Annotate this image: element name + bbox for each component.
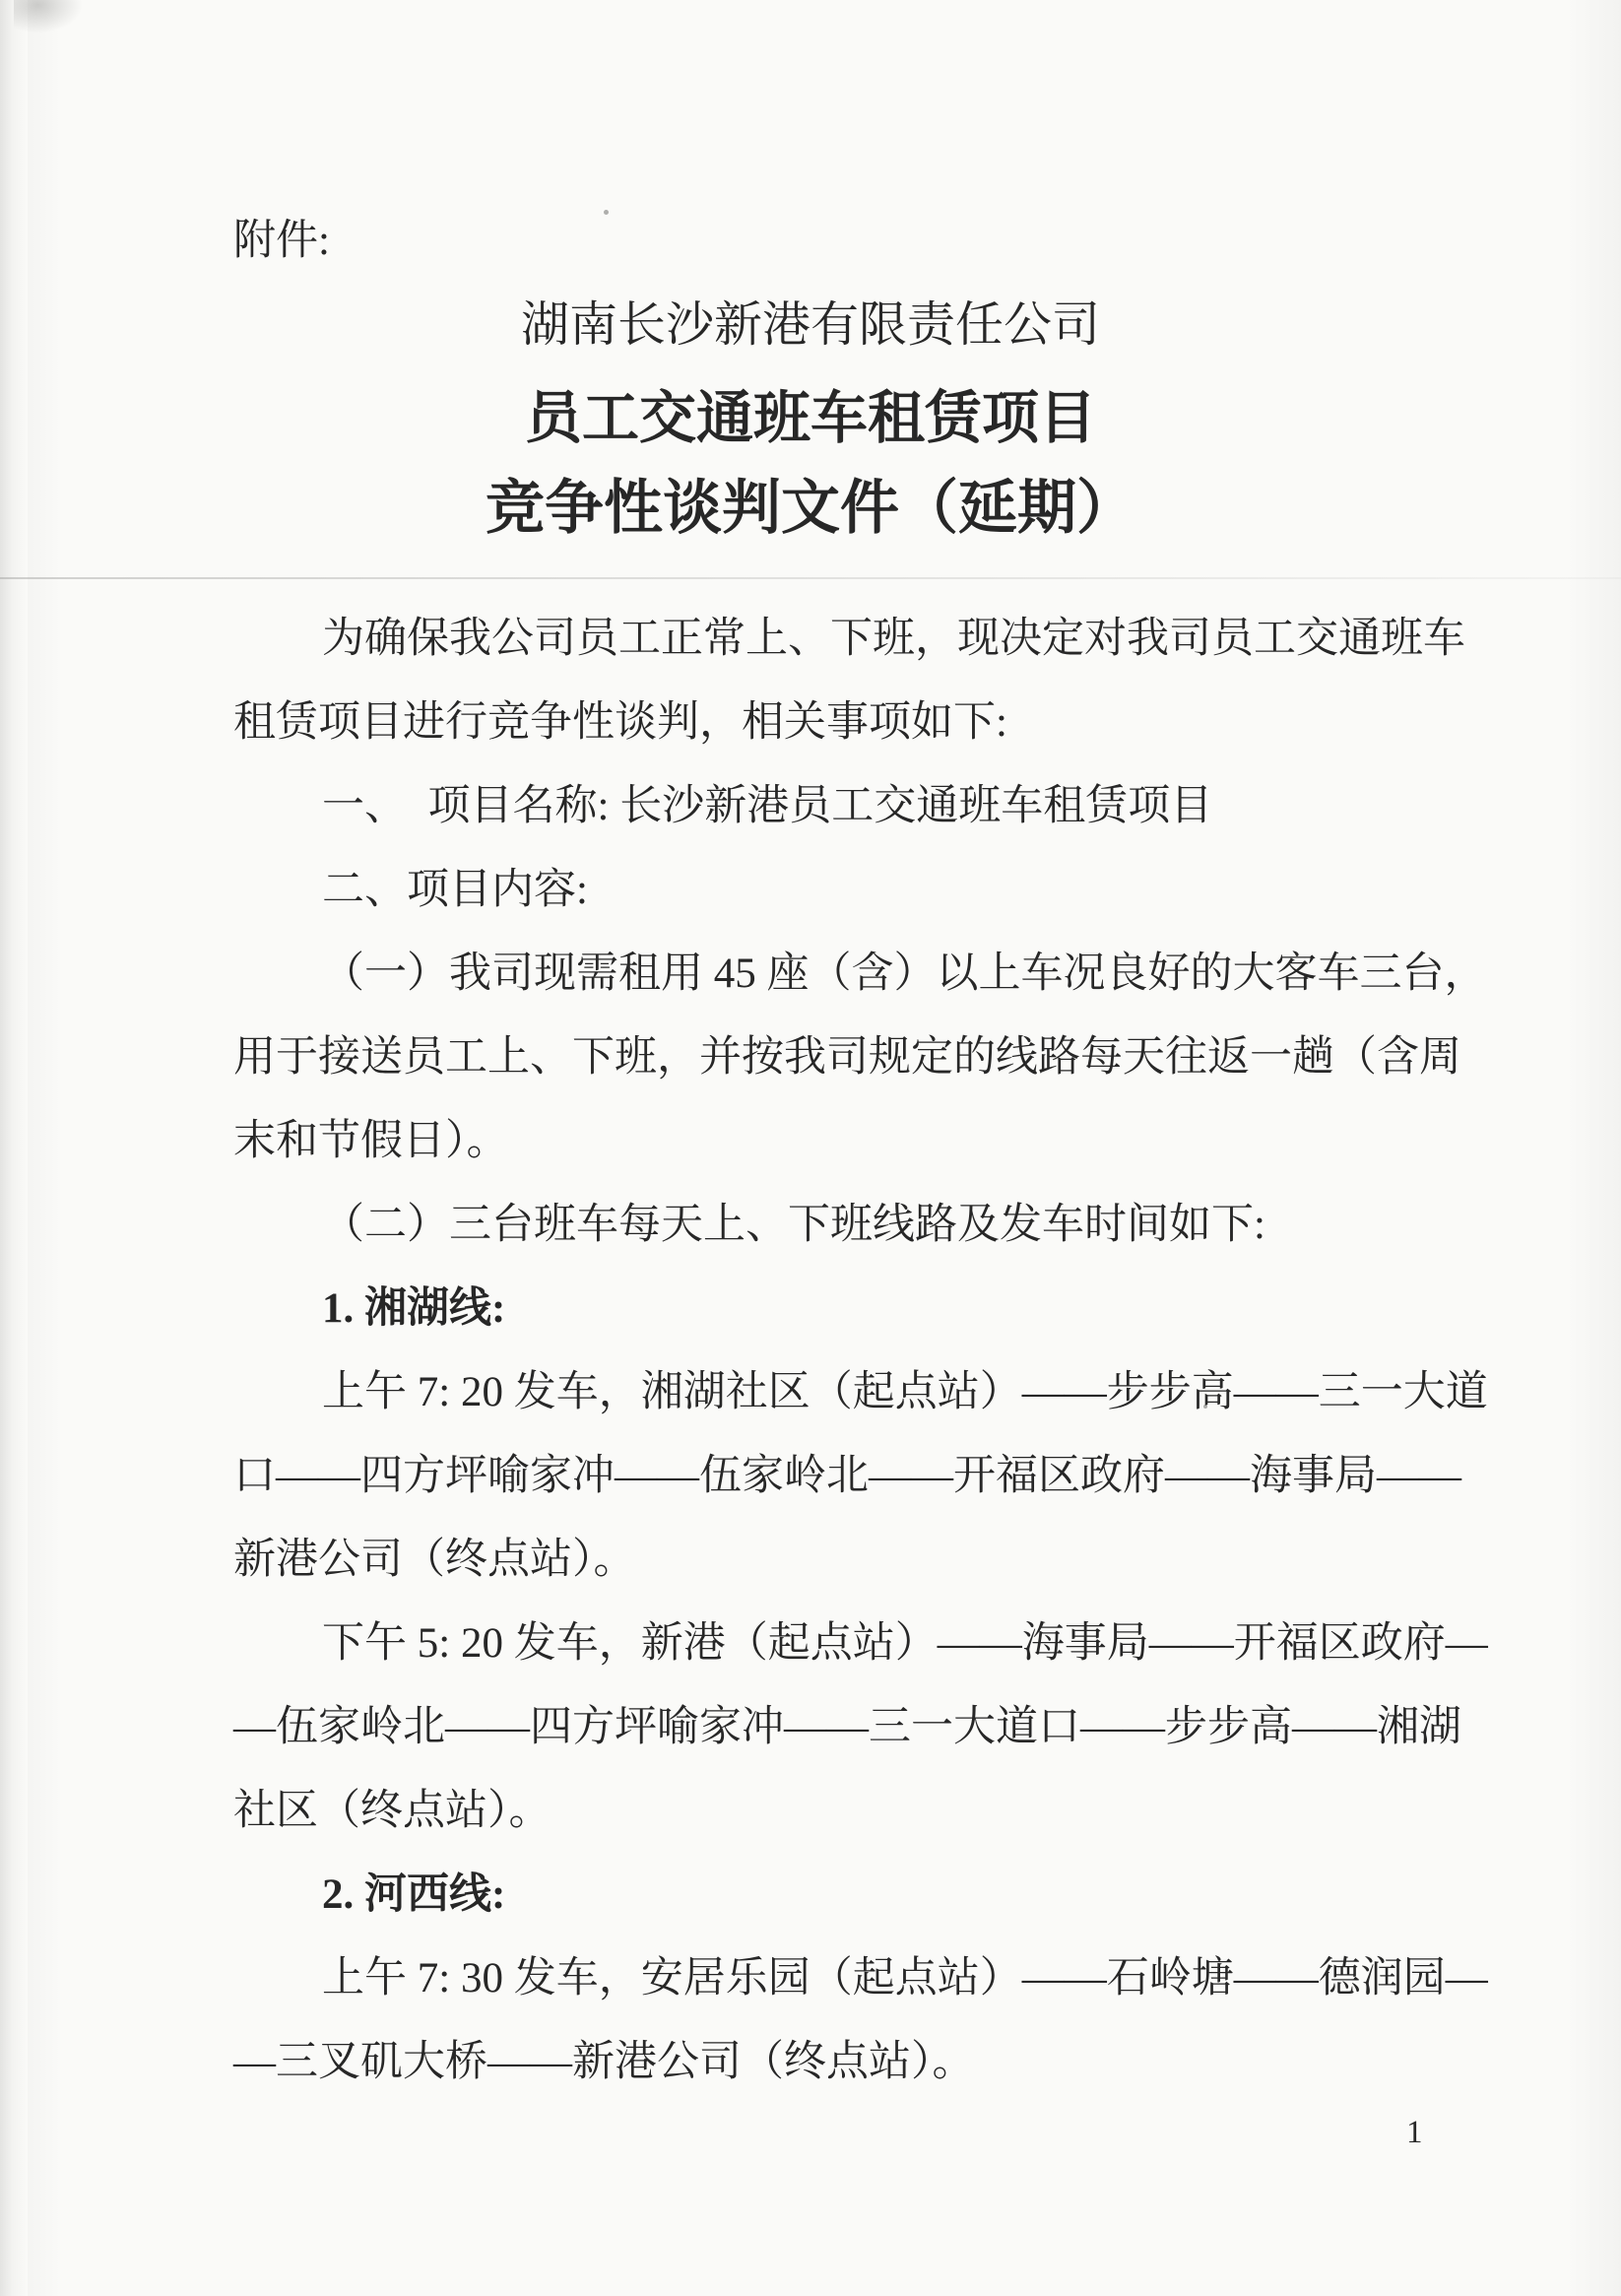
body-line: （一）我司现需租用 45 座（含）以上车况良好的大客车三台， [233, 932, 1514, 1016]
body-line: 用于接送员工上、下班，并按我司规定的线路每天往返一趟（含周 [233, 1016, 1514, 1099]
doc-title-doctype: 竞争性谈判文件（延期） [0, 461, 1621, 546]
body-line: 下午 5: 20 发车，新港（起点站）——海事局——开福区政府— [233, 1602, 1514, 1685]
scan-artifact-speck [604, 210, 609, 215]
attachment-label: 附件: [233, 216, 330, 267]
body-line: 上午 7: 30 发车，安居乐园（起点站）——石岭塘——德润园— [233, 1936, 1514, 2020]
body-line-route-1-heading: 1. 湘湖线: [233, 1267, 1514, 1350]
doc-title-project: 员工交通班车租赁项目 [0, 371, 1621, 454]
body-line-item-2: 二、项目内容: [233, 848, 1514, 932]
body-line: —伍家岭北——四方坪喻家冲——三一大道口——步步高——湘湖 [233, 1685, 1514, 1769]
document-body: 为确保我公司员工正常上、下班，现决定对我司员工交通班车 租赁项目进行竞争性谈判，… [233, 597, 1514, 2104]
body-line: 为确保我公司员工正常上、下班，现决定对我司员工交通班车 [233, 597, 1514, 681]
scan-artifact-corner-smudge [14, 0, 83, 33]
page-number: 1 [1406, 2114, 1423, 2153]
scan-artifact-horizontal-line [0, 577, 1621, 579]
body-line: 口——四方坪喻家冲——伍家岭北——开福区政府——海事局—— [233, 1434, 1514, 1518]
body-line: —三叉矶大桥——新港公司（终点站）。 [233, 2020, 1514, 2104]
doc-title-company: 湖南长沙新港有限责任公司 [0, 287, 1621, 356]
body-line: （二）三台班车每天上、下班线路及发车时间如下: [233, 1183, 1514, 1267]
body-line-route-2-heading: 2. 河西线: [233, 1853, 1514, 1936]
body-line: 社区（终点站）。 [233, 1769, 1514, 1853]
scanned-document-page: 附件: 湖南长沙新港有限责任公司 员工交通班车租赁项目 竞争性谈判文件（延期） … [0, 0, 1621, 2296]
body-line: 新港公司（终点站）。 [233, 1518, 1514, 1602]
body-line-item-1: 一、 项目名称: 长沙新港员工交通班车租赁项目 [233, 764, 1514, 848]
body-line: 上午 7: 20 发车，湘湖社区（起点站）——步步高——三一大道 [233, 1350, 1514, 1434]
body-line: 末和节假日）。 [233, 1099, 1514, 1183]
body-line: 租赁项目进行竞争性谈判，相关事项如下: [233, 681, 1514, 764]
